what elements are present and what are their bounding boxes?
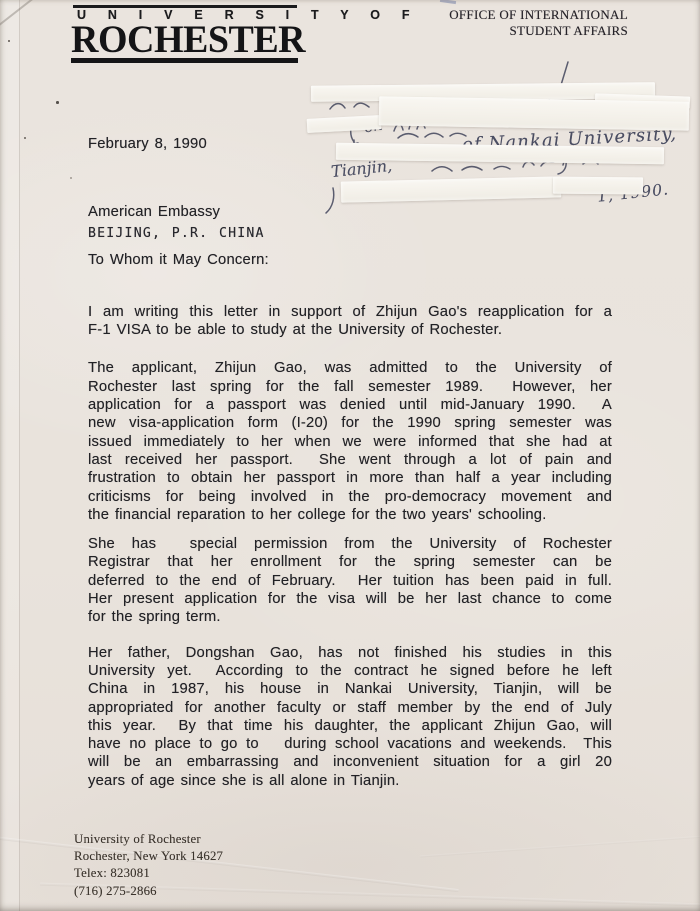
paper-crease [0, 835, 459, 892]
paragraph-1: I am writing this letter in support of Z… [88, 303, 612, 340]
letter-line: for the spring term. [88, 608, 612, 626]
salutation: To Whom it May Concern: [88, 251, 612, 269]
letterhead-footer: University of Rochester Rochester, New Y… [74, 831, 223, 900]
letter-line: University yet. According to the contrac… [88, 662, 612, 680]
letter-line: Rochester last spring for the fall semes… [88, 378, 612, 396]
letter-line: last received her passport. She went thr… [88, 451, 612, 469]
letter-line: frustration to obtain her passport in mo… [88, 469, 612, 487]
letter-line: will be an embarrassing and inconvenient… [88, 753, 612, 771]
scan-speck [24, 137, 26, 139]
letter-line: criticisms for being involved in the pro… [88, 488, 612, 506]
footer-telex: Telex: 823081 [74, 865, 223, 882]
scan-speck [70, 177, 72, 179]
paragraph-4: Her father, Dongshan Gao, has not finish… [88, 644, 612, 790]
office-line-1: OFFICE OF INTERNATIONAL [449, 7, 628, 23]
letter-line: years of age since she is all alone in T… [88, 772, 612, 790]
letter-line: She has special permission from the Univ… [88, 535, 612, 553]
scan-speck [8, 40, 10, 42]
footer-address: Rochester, New York 14627 [74, 848, 223, 865]
letter-line: the financial reparation to her college … [88, 506, 612, 524]
office-name: OFFICE OF INTERNATIONAL STUDENT AFFAIRS [449, 7, 628, 38]
recipient-city: BEIJING, P.R. CHINA [88, 225, 612, 242]
letter-line: Her father, Dongshan Gao, has not finish… [88, 644, 612, 662]
scan-mark [440, 0, 456, 4]
letter-line: The applicant, Zhijun Gao, was admitted … [88, 359, 612, 377]
paper-crease [420, 835, 700, 858]
letter-line: Her present application for the visa wil… [88, 590, 612, 608]
letter-line: application for a passport was denied un… [88, 396, 612, 414]
footer-phone: (716) 275-2866 [74, 883, 223, 900]
letter-line: Registrar that her enrollment for the sp… [88, 553, 612, 571]
correction-tape-strip [553, 177, 643, 195]
scan-speck [56, 101, 59, 104]
office-line-2: STUDENT AFFAIRS [449, 23, 628, 39]
paper-fold-edge [0, 0, 20, 911]
letter-line: deferred to the end of February. Her tui… [88, 572, 612, 590]
recipient-name: American Embassy [88, 203, 612, 221]
letter-body: February 8, 1990 American Embassy BEIJIN… [88, 135, 612, 790]
letter-line: I am writing this letter in support of Z… [88, 303, 612, 321]
paragraph-2: The applicant, Zhijun Gao, was admitted … [88, 359, 612, 524]
paragraph-3: She has special permission from the Univ… [88, 535, 612, 626]
letter-line: appropriated for another faculty or staf… [88, 699, 612, 717]
footer-institution: University of Rochester [74, 831, 223, 848]
letter-line: this year. By that time his daughter, th… [88, 717, 612, 735]
letter-line: have no place to go to during school vac… [88, 735, 612, 753]
scanned-letter-page: U N I V E R S I T Y O F ROCHESTER OFFICE… [0, 0, 700, 911]
letter-line: F-1 VISA to be able to study at the Univ… [88, 321, 612, 339]
letter-line: China in 1987, his house in Nankai Unive… [88, 680, 612, 698]
letter-line: issued immediately to her when we were i… [88, 433, 612, 451]
correction-tape-strip [379, 96, 689, 130]
letter-line: new visa-application form (I-20) for the… [88, 414, 612, 432]
logo-bottom-bar [71, 58, 298, 63]
logo-rochester: ROCHESTER [71, 20, 305, 59]
